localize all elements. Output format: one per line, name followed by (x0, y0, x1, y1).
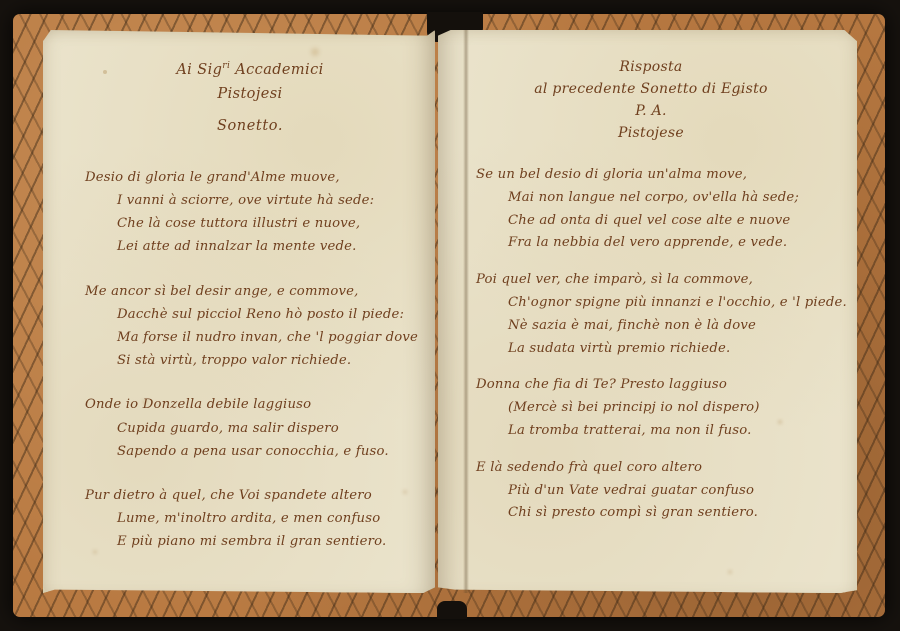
manuscript-book: Ai Sigri Accademici Pistojesi Sonetto. D… (13, 14, 885, 617)
poem-line: I vanni à sciorre, ove virtute hà sede: (85, 189, 415, 212)
response-title: Risposta (619, 59, 682, 75)
stanza: Me ancor sì bel desir ange, e commove, D… (85, 280, 415, 373)
poem-line: Desio di gloria le grand'Alme muove, (85, 166, 415, 189)
right-page: Risposta al precedente Sonetto di Egisto… (438, 30, 857, 593)
left-page-heading: Ai Sigri Accademici Pistojesi (85, 54, 415, 106)
stanza: Se un bel desio di gloria un'alma move, … (476, 164, 826, 255)
left-page: Ai Sigri Accademici Pistojesi Sonetto. D… (43, 30, 435, 593)
author-initials: P. A. (635, 103, 667, 119)
poem-line: Mai non langue nel corpo, ov'ella hà sed… (476, 187, 826, 210)
stanza: Pur dietro à quel, che Voi spandete alte… (85, 484, 415, 554)
poem-line: (Mercè sì bei principj io nol dispero) (476, 397, 826, 420)
response-subtitle: al precedente Sonetto di Egisto (534, 81, 768, 97)
poem-line: Me ancor sì bel desir ange, e commove, (85, 280, 415, 303)
sonnet-title: Sonetto. (85, 114, 415, 138)
stanza: E là sedendo frà quel coro altero Più d'… (476, 457, 826, 525)
poem-line: Pur dietro à quel, che Voi spandete alte… (85, 484, 415, 507)
poem-line: Donna che fia di Te? Presto laggiuso (476, 374, 826, 397)
dedication-line2: Pistojesi (217, 86, 282, 102)
dedication-line1: Ai Sigri Accademici (176, 62, 323, 78)
poem-line: Che ad onta di quel vel cose alte e nuov… (476, 210, 826, 233)
poem-line: Chi sì presto compì sì gran sentiero. (476, 502, 826, 525)
poem-line: Lume, m'inoltro ardita, e men confuso (85, 507, 415, 530)
right-sonnet-body: Se un bel desio di gloria un'alma move, … (476, 164, 826, 525)
poem-line: Nè sazia è mai, finchè non è là dove (476, 315, 826, 338)
author-origin: Pistojese (618, 125, 684, 141)
poem-line: Fra la nebbia del vero apprende, e vede. (476, 232, 826, 255)
poem-line: La tromba tratterai, ma non il fuso. (476, 420, 826, 443)
poem-line: Poi quel ver, che imparò, sì la commove, (476, 269, 826, 292)
poem-line: Dacchè sul picciol Reno hò posto il pied… (85, 303, 415, 326)
poem-line: Ma forse il nudro invan, che 'l poggiar … (85, 326, 415, 349)
poem-line: Si stà virtù, troppo valor richiede. (85, 349, 415, 372)
left-page-text: Ai Sigri Accademici Pistojesi Sonetto. D… (85, 54, 415, 575)
poem-line: E là sedendo frà quel coro altero (476, 457, 826, 480)
spine-gap-bottom (437, 601, 467, 619)
stanza: Desio di gloria le grand'Alme muove, I v… (85, 166, 415, 259)
stanza: Onde io Donzella debile laggiuso Cupida … (85, 393, 415, 463)
poem-line: Che là cose tuttora illustri e nuove, (85, 212, 415, 235)
right-page-text: Risposta al precedente Sonetto di Egisto… (476, 56, 826, 539)
stanza: Donna che fia di Te? Presto laggiuso (Me… (476, 374, 826, 442)
poem-line: Sapendo a pena usar conocchia, e fuso. (85, 440, 415, 463)
poem-line: Ch'ognor spigne più innanzi e l'occhio, … (476, 292, 826, 315)
poem-line: Lei atte ad innalzar la mente vede. (85, 235, 415, 258)
poem-line: Onde io Donzella debile laggiuso (85, 393, 415, 416)
stanza: Poi quel ver, che imparò, sì la commove,… (476, 269, 826, 360)
poem-line: E più piano mi sembra il gran sentiero. (85, 530, 415, 553)
poem-line: Più d'un Vate vedrai guatar confuso (476, 480, 826, 503)
left-sonnet-body: Desio di gloria le grand'Alme muove, I v… (85, 166, 415, 554)
open-pages: Ai Sigri Accademici Pistojesi Sonetto. D… (43, 30, 857, 593)
poem-line: Se un bel desio di gloria un'alma move, (476, 164, 826, 187)
poem-line: La sudata virtù premio richiede. (476, 338, 826, 361)
poem-line: Cupida guardo, ma salir dispero (85, 417, 415, 440)
right-page-heading: Risposta al precedente Sonetto di Egisto… (476, 56, 826, 144)
